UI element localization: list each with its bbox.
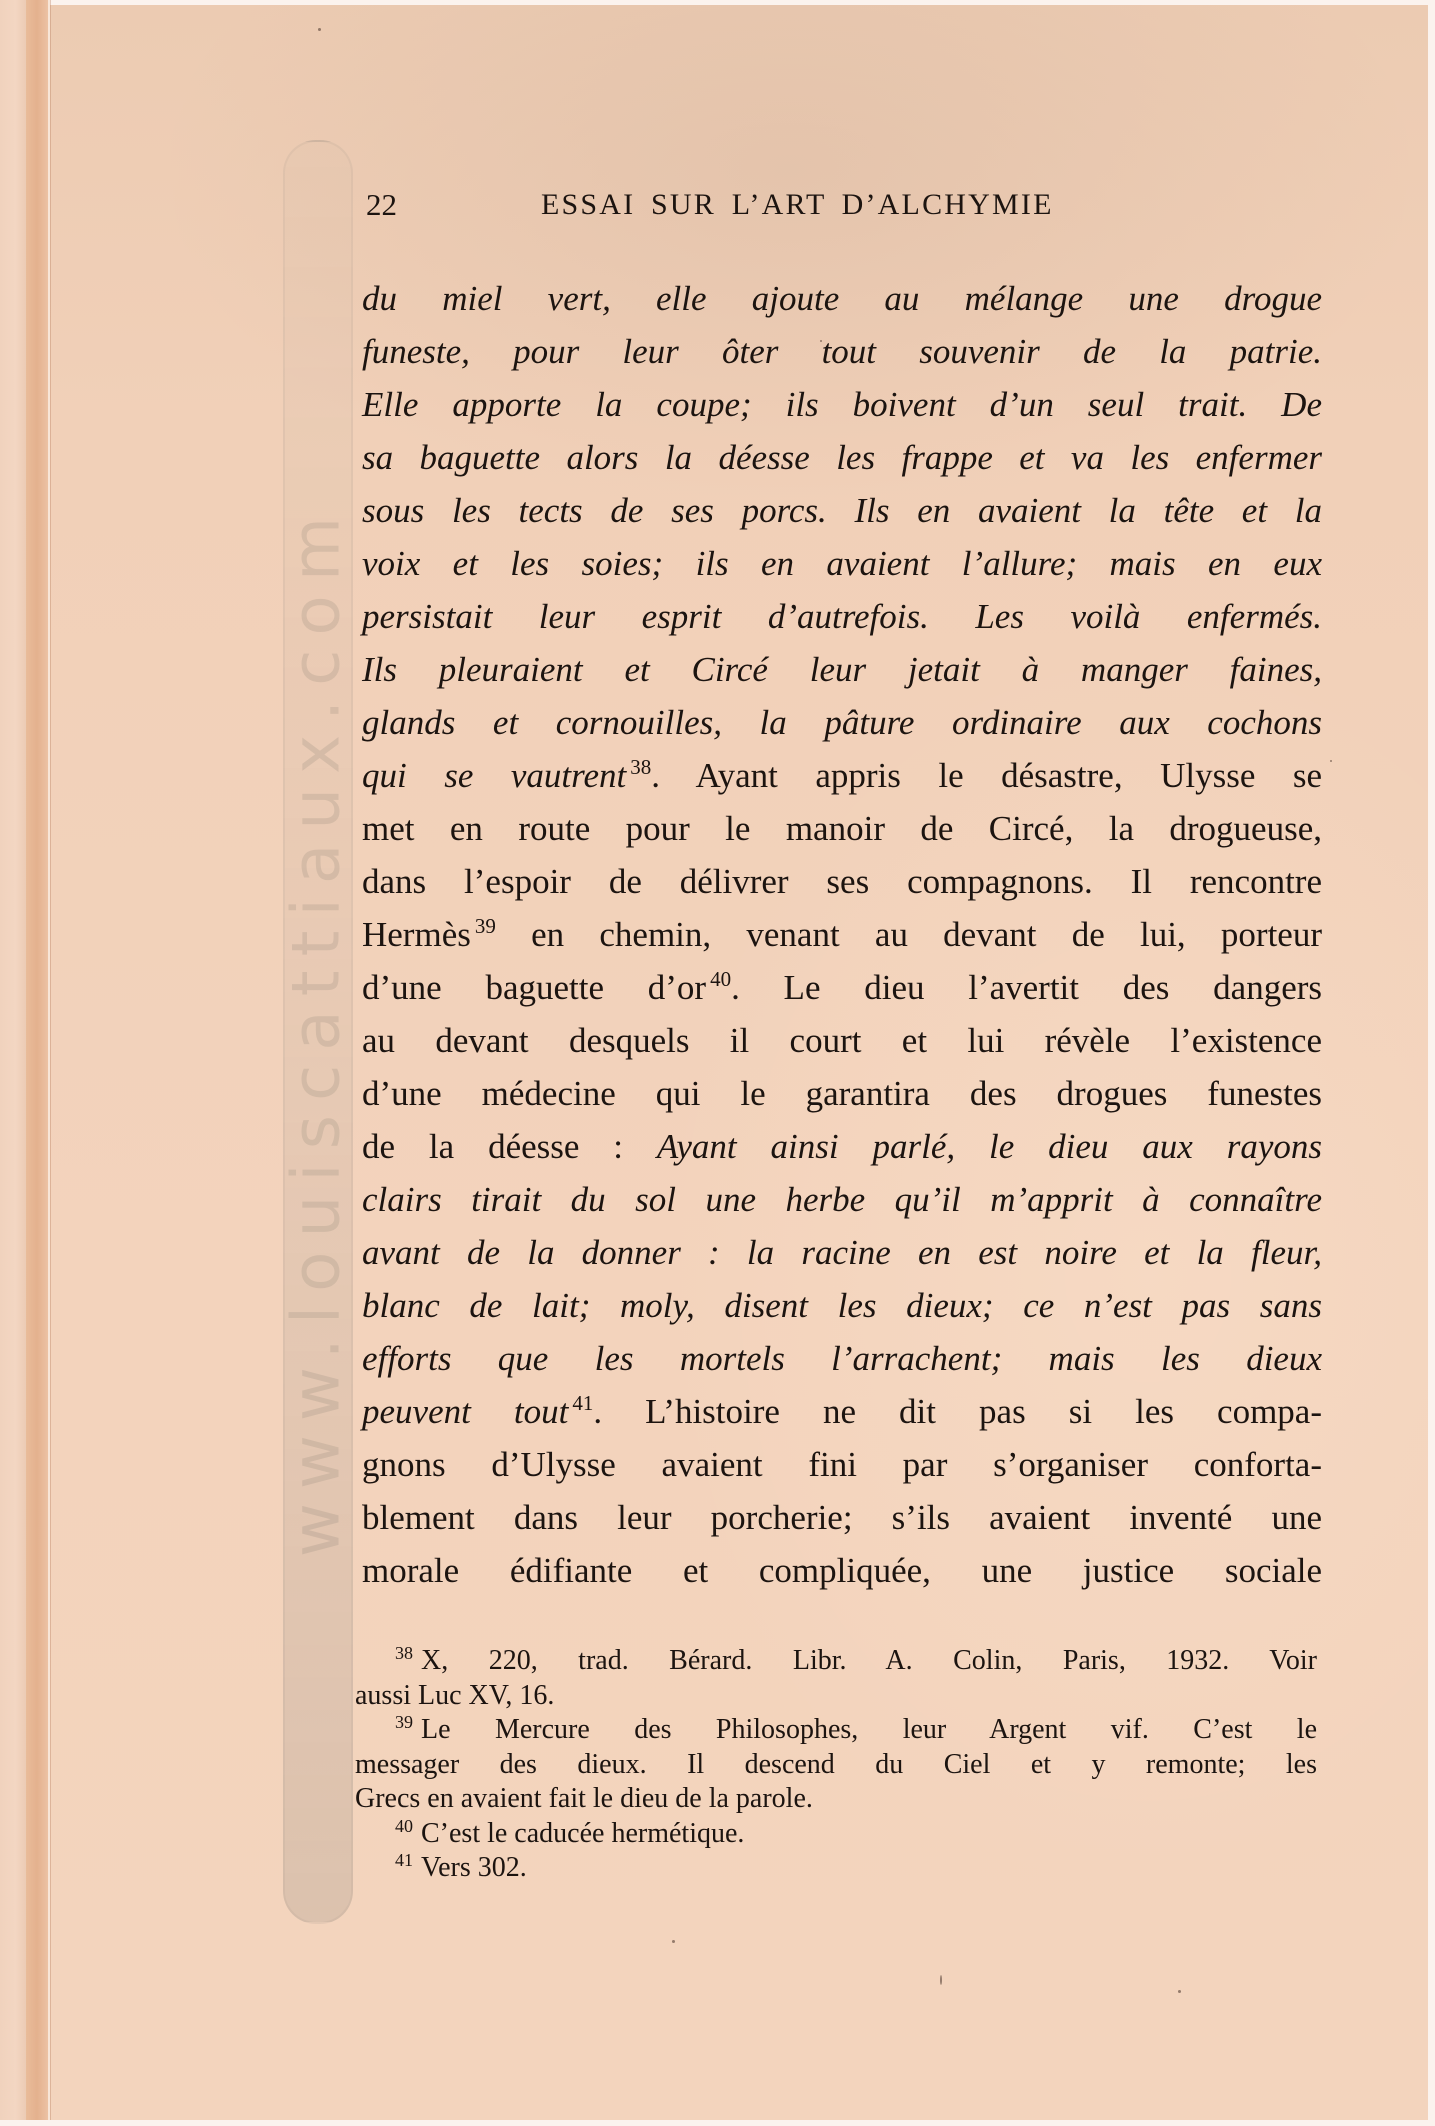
footnote-text: Le Mercure des Philosophes, leur Argent … [421,1714,1317,1745]
body-line: Hermès39 en chemin, venant au devant de … [362,908,1322,961]
footnote-line: aussi Luc XV, 16. [355,1679,1317,1714]
italic-text: Ils pleuraient et Circé leur jetait à ma… [362,650,1322,689]
body-line: qui se vautrent38. Ayant appris le désas… [362,749,1322,802]
footnote-reference: 40 [710,967,731,991]
italic-text: voix et les soies; ils en avaient l’allu… [362,544,1322,583]
body-line: Ils pleuraient et Circé leur jetait à ma… [362,643,1322,696]
body-line: clairs tirait du sol une herbe qu’il m’a… [362,1173,1322,1226]
italic-text: persistait leur esprit d’autrefois. Les … [362,597,1322,636]
body-line: funeste, pour leur ôter tout souvenir de… [362,325,1322,378]
italic-text: Elle apporte la coupe; ils boivent d’un … [362,385,1322,424]
roman-text: en chemin, venant au devant de lui, port… [496,915,1322,954]
body-line: du miel vert, elle ajoute au mélange une… [362,272,1322,325]
italic-text: glands et cornouilles, la pâture ordinai… [362,703,1322,742]
body-line: morale édifiante et compliquée, une just… [362,1544,1322,1597]
roman-text: blement dans leur porcherie; s’ils avaie… [362,1498,1322,1537]
roman-text: au devant desquels il court et lui révèl… [362,1021,1322,1060]
footnote-line: 40C’est le caducée hermétique. [355,1817,1317,1852]
body-line: au devant desquels il court et lui révèl… [362,1014,1322,1067]
roman-text: d’une baguette d’or [362,968,706,1007]
roman-text: . Ayant appris le désastre, Ulysse se [651,756,1322,795]
roman-text: dans l’espoir de délivrer ses compagnons… [362,862,1322,901]
footnote-text: Grecs en avaient fait le dieu de la paro… [355,1783,813,1814]
roman-text: . L’histoire ne dit pas si les compa- [593,1392,1322,1431]
italic-text: clairs tirait du sol une herbe qu’il m’a… [362,1180,1322,1219]
italic-text: funeste, pour leur ôter tout souvenir de… [362,332,1322,371]
watermark-text: www.louiscattiaux.com [278,503,355,1557]
footnotes: 38X, 220, trad. Bérard. Libr. A. Colin, … [355,1644,1317,1886]
footnote-reference: 41 [572,1391,593,1415]
footnote-number: 39 [395,1712,413,1732]
body-line: blanc de lait; moly, disent les dieux; c… [362,1279,1322,1332]
body-line: efforts que les mortels l’arrachent; mai… [362,1332,1322,1385]
italic-text: blanc de lait; moly, disent les dieux; c… [362,1286,1322,1325]
roman-text: gnons d’Ulysse avaient fini par s’organi… [362,1445,1322,1484]
body-line: voix et les soies; ils en avaient l’allu… [362,537,1322,590]
footnote-text: C’est le caducée hermétique. [421,1818,744,1849]
footnote-line: 39Le Mercure des Philosophes, leur Argen… [355,1713,1317,1748]
italic-text: Ayant ainsi parlé, le dieu aux rayons [657,1127,1322,1166]
footnote-number: 41 [395,1850,413,1870]
italic-text: qui se vautrent [362,756,626,795]
italic-text: sa baguette alors la déesse les frappe e… [362,438,1322,477]
italic-text: avant de la donner : la racine en est no… [362,1233,1322,1272]
footnote-text: messager des dieux. Il descend du Ciel e… [355,1749,1317,1780]
scan-border-top [0,0,1435,5]
book-page: www.louiscattiaux.com 22 ESSAI SUR L’ART… [0,0,1435,2126]
body-line: sa baguette alors la déesse les frappe e… [362,431,1322,484]
footnote-line: 41Vers 302. [355,1851,1317,1886]
page-number: 22 [366,188,397,222]
body-line: d’une médecine qui le garantira des drog… [362,1067,1322,1120]
body-line: sous les tects de ses porcs. Ils en avai… [362,484,1322,537]
footnote-number: 40 [395,1816,413,1836]
italic-text: du miel vert, elle ajoute au mélange une… [362,279,1322,318]
footnote-line: messager des dieux. Il descend du Ciel e… [355,1748,1317,1783]
page-edge-stack [26,0,48,2126]
footnote-text: aussi Luc XV, 16. [355,1680,554,1711]
body-line: blement dans leur porcherie; s’ils avaie… [362,1491,1322,1544]
body-line: de la déesse : Ayant ainsi parlé, le die… [362,1120,1322,1173]
body-line: met en route pour le manoir de Circé, la… [362,802,1322,855]
scan-border-right [1428,0,1435,2126]
page-edge-outer [0,0,26,2126]
italic-text: sous les tects de ses porcs. Ils en avai… [362,491,1322,530]
body-line: glands et cornouilles, la pâture ordinai… [362,696,1322,749]
roman-text: . Le dieu l’avertit des dangers [731,968,1322,1007]
roman-text: de la déesse : [362,1127,657,1166]
footnote-text: Vers 302. [421,1852,527,1883]
footnote-number: 38 [395,1643,413,1663]
running-title: ESSAI SUR L’ART D’ALCHYMIE [541,188,1054,222]
body-line: persistait leur esprit d’autrefois. Les … [362,590,1322,643]
body-line: Elle apporte la coupe; ils boivent d’un … [362,378,1322,431]
roman-text: morale édifiante et compliquée, une just… [362,1551,1322,1590]
page-edge-line [48,0,50,2126]
footnote-line: Grecs en avaient fait le dieu de la paro… [355,1782,1317,1817]
roman-text: met en route pour le manoir de Circé, la… [362,809,1322,848]
body-text: du miel vert, elle ajoute au mélange une… [362,272,1322,1597]
body-line: peuvent tout41. L’histoire ne dit pas si… [362,1385,1322,1438]
footnote-line: 38X, 220, trad. Bérard. Libr. A. Colin, … [355,1644,1317,1679]
roman-text: Hermès [362,915,471,954]
roman-text: d’une médecine qui le garantira des drog… [362,1074,1322,1113]
body-line: gnons d’Ulysse avaient fini par s’organi… [362,1438,1322,1491]
body-line: dans l’espoir de délivrer ses compagnons… [362,855,1322,908]
footnote-reference: 38 [630,755,651,779]
italic-text: efforts que les mortels l’arrachent; mai… [362,1339,1322,1378]
italic-text: peuvent tout [362,1392,568,1431]
footnote-text: X, 220, trad. Bérard. Libr. A. Colin, Pa… [421,1645,1317,1676]
body-line: avant de la donner : la racine en est no… [362,1226,1322,1279]
scan-border-bottom [0,2120,1435,2126]
body-line: d’une baguette d’or40. Le dieu l’avertit… [362,961,1322,1014]
footnote-reference: 39 [475,914,496,938]
